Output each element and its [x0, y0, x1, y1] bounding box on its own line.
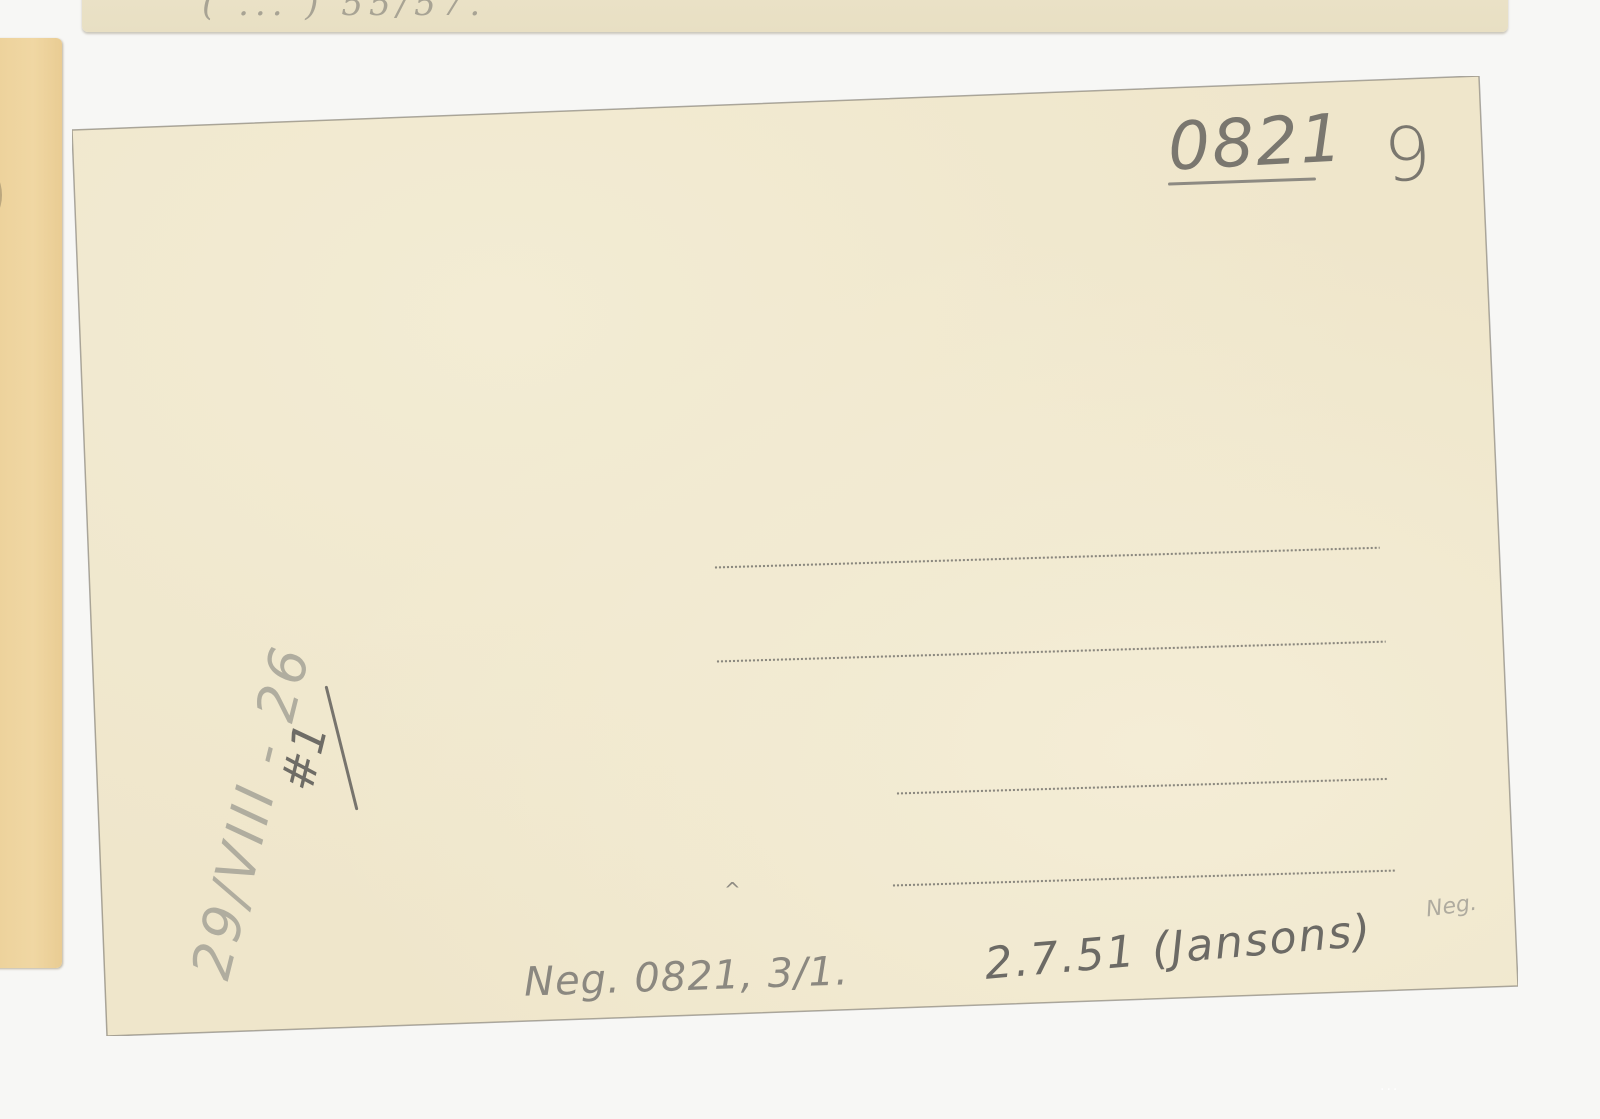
left-card-mark — [0, 168, 2, 222]
postcard-back — [72, 76, 1518, 1036]
caret-mark: ^ — [724, 878, 741, 902]
catalog-number: 0821 — [1166, 99, 1346, 185]
top-postcard-edge: ( ... ) 55/57. — [82, 0, 1508, 32]
top-card-handwriting: ( ... ) 55/57. — [202, 0, 486, 24]
watermark: ... — [1380, 1078, 1399, 1094]
corner-number: 9 — [1381, 110, 1434, 199]
left-postcard-edge — [0, 38, 62, 968]
